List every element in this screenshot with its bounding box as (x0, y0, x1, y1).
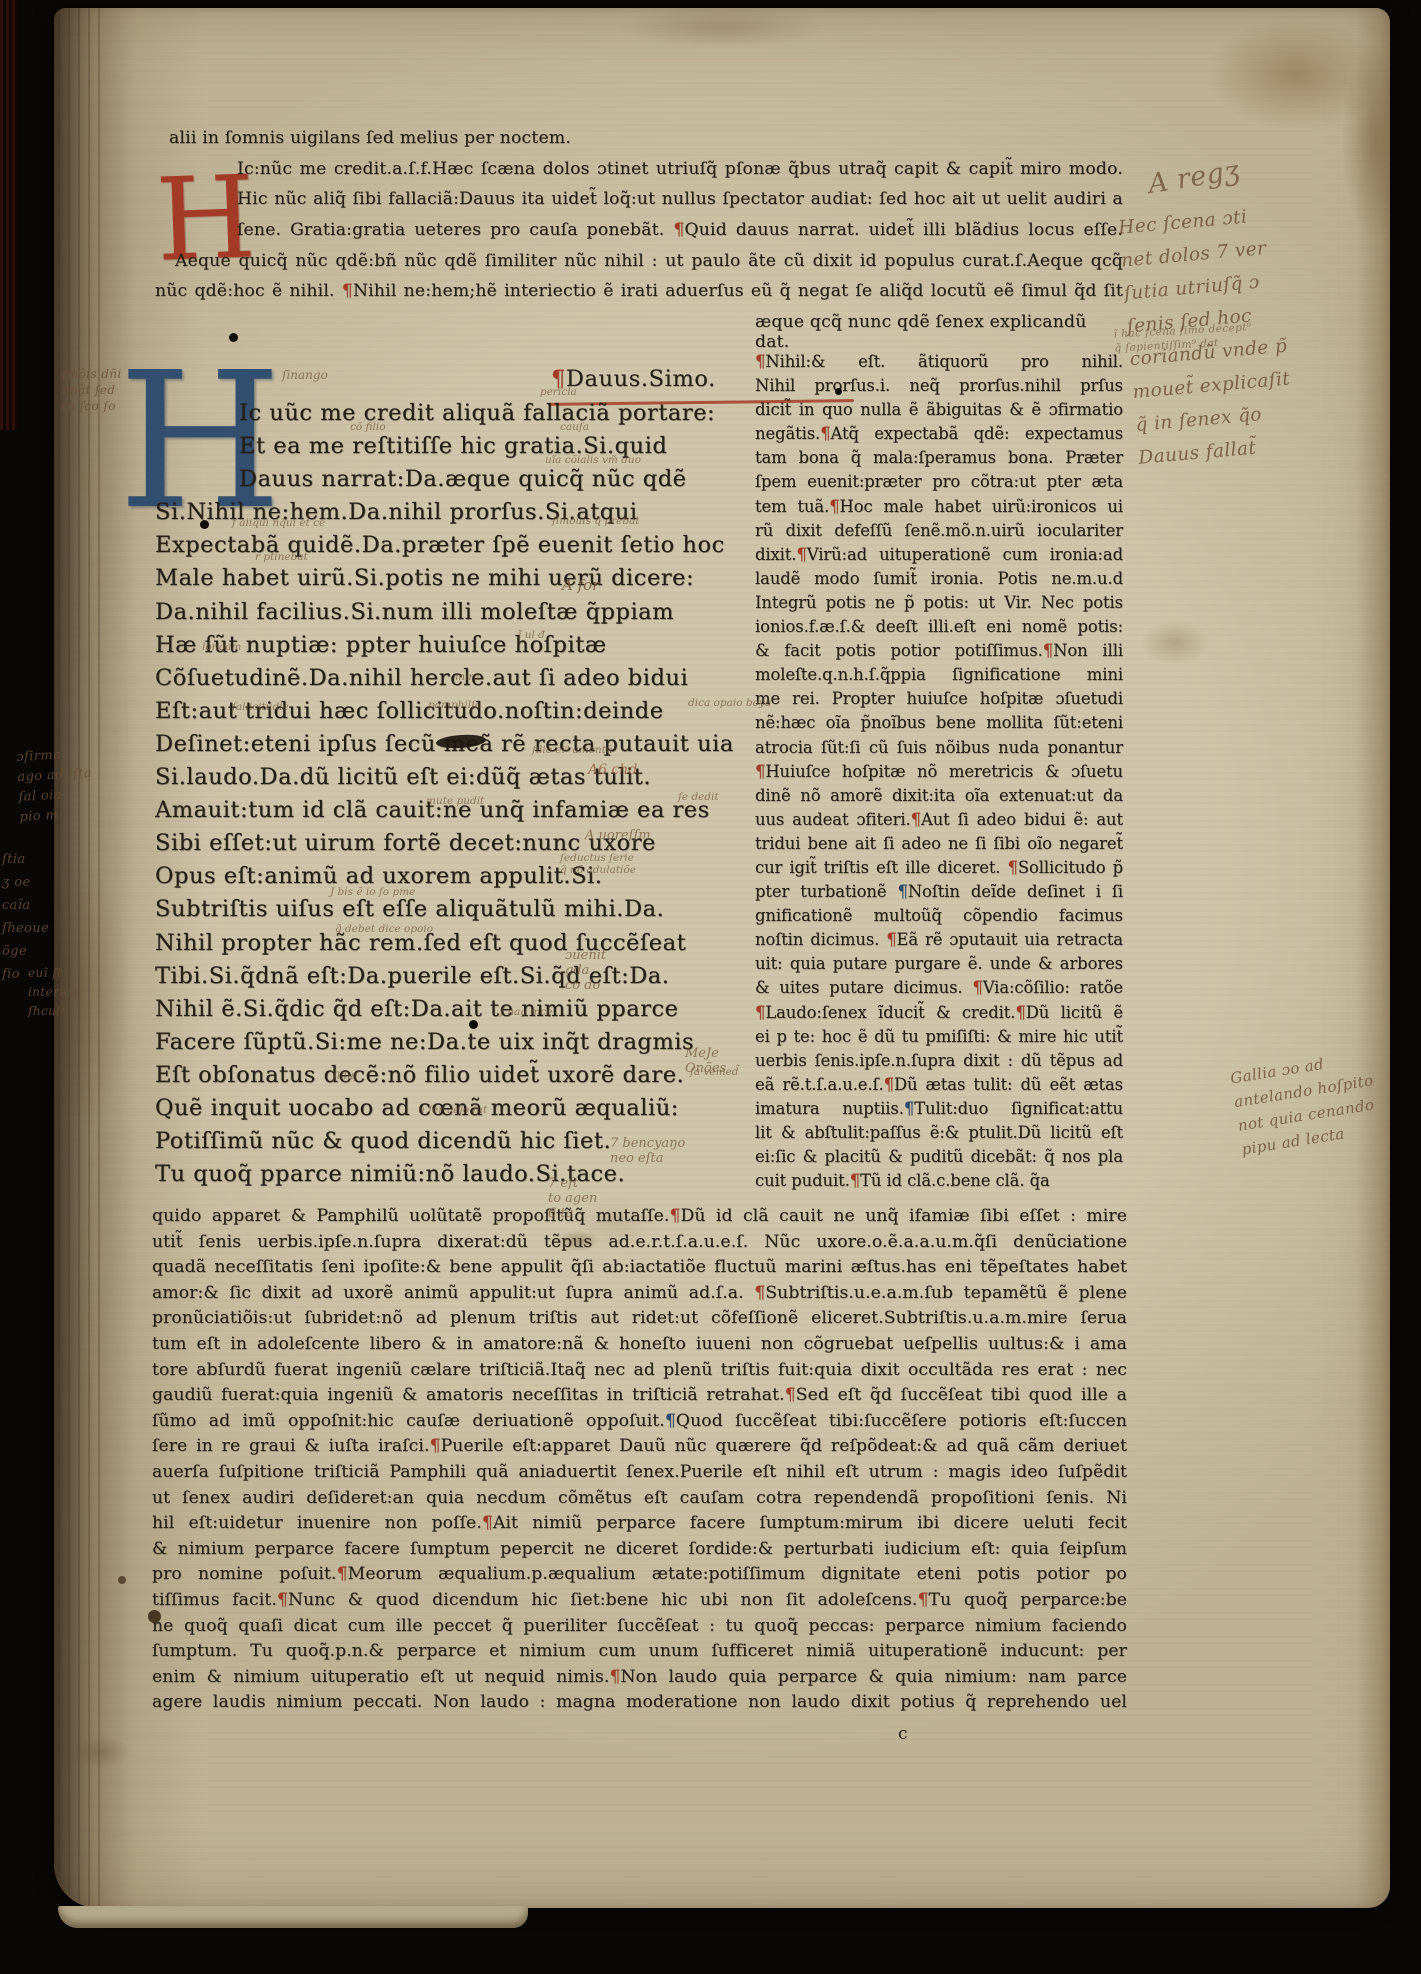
interlinear-gloss: cõ filio (350, 421, 386, 433)
printed-line: tridui bene ait ſi adeo ne ſi ſibi oĩo n… (755, 834, 1123, 858)
printed-line: ſũmo ad imũ oppoſnit:hic cauſæ deriuatio… (152, 1411, 1127, 1437)
interlinear-gloss: mira (455, 671, 480, 683)
folio-edge-lines (58, 8, 102, 1908)
printed-line: tem tuã.¶Hoc male habet uirũ:ironicos ui (755, 497, 1123, 521)
printed-line: gaudiũ fuerat:quia ingeniũ & amatoris ne… (152, 1385, 1127, 1411)
verse-line: Expectabã quidẽ.Da.præter ſpẽ euenit ſet… (155, 532, 761, 565)
printed-line: & facit potis potior potiſſimus.¶Non ill… (755, 641, 1123, 665)
printed-line: Nihil prorſus.i. neq̃ prorſus.nihil prſu… (755, 376, 1123, 400)
interlinear-gloss: MeJe Onões (685, 1046, 726, 1076)
printed-line: dicit̃ in quo nulla ẽ ãbiguitas & ẽ ɔfir… (755, 400, 1123, 424)
stain (556, 1230, 600, 1252)
quire-signature: c (898, 1724, 908, 1744)
printed-line: & nimium perparce facere ſumptum peperci… (152, 1539, 1127, 1565)
verse-line: Facere ſũptũ.Si:me ne:Da.te uix inq̃t dr… (155, 1029, 761, 1062)
printed-line: utit̃ ſenis uerbis.ipſe.n.ſupra dixerat:… (152, 1232, 1127, 1258)
wormhole (469, 1020, 478, 1029)
verse-line: Si.laudo.Da.dũ licitũ eſt ei:dũq̃ ætas t… (155, 764, 761, 797)
verse-line: Eſt obſonatus decẽ:nõ filio uidet̃ uxorẽ… (155, 1062, 761, 1095)
stain (1140, 620, 1210, 666)
printed-line: Aeque quicq̃ nũc qdẽ:bñ nũc qdẽ ſimilite… (175, 251, 1123, 282)
stain (118, 1576, 126, 1584)
verse-line: Tu quoq̃ pparce nimiũ:nõ laudo.Si.tace. (155, 1161, 761, 1194)
printed-line: rũ dixit defeſſũ ſenẽ.mõ.n.uirũ ioculari… (755, 521, 1123, 545)
wormhole (229, 333, 238, 342)
verse-line: Nihil propter hãc rem.ſed eſt quod ſuccẽ… (155, 930, 761, 963)
interlinear-gloss: pericla (540, 386, 577, 398)
printed-line: ei:ſic & placitũ & puditũ dicebãt: q̃ no… (755, 1147, 1123, 1171)
printed-line: laudẽ modo ſumit̃ ironia. Potis ne.m.u.d (755, 569, 1123, 593)
verse-line: Dauus narrat:Da.æque quicq̃ nũc qdẽ (155, 466, 761, 499)
interlinear-gloss: dica opaio boya (688, 697, 771, 709)
printed-line: dixit.¶Virũ:ad uituperationẽ cum ironia:… (755, 545, 1123, 569)
printed-line: pronũciatiõis:ut ſubridet:nõ ad plenum t… (152, 1308, 1127, 1334)
printed-line: ei p te: hoc ẽ dũ tu pmiſiſti: & mire hi… (755, 1027, 1123, 1051)
verse-line: Subtriſtis uiſus eſt eſſe aliquãtulũ mih… (155, 896, 761, 929)
printed-line: Ic:nũc me credit.a.ſ.f.Hæc ſcæna dolos ɔ… (237, 159, 1123, 190)
printed-line: dinẽ nõ amorẽ dixit:ita oĩa extenuat:ut … (755, 786, 1123, 810)
interlinear-gloss: ſe dedit (678, 791, 719, 803)
printed-line: alii in ſomnis uigilans ſed melius per n… (169, 128, 1123, 159)
printed-line: uus audeat ɔfiteri.¶Aut ſi adeo bidui ẽ:… (755, 810, 1123, 834)
interlinear-gloss: cauſa (560, 421, 589, 433)
printed-line: cuit puduit.¶Tũ id clã.c.bene clã. q̃a (755, 1171, 1123, 1195)
verse-line: Da.nihil facilius.Si.num illi moleſtæ q̃… (155, 599, 761, 632)
interlinear-gloss: ſallicitudie (232, 701, 289, 713)
printed-line: ſene. Gratia:gratia ueteres pro cauſa po… (237, 220, 1123, 251)
printed-line: tore abſurdũ fuerat ingeniũ cælare triſt… (152, 1360, 1127, 1386)
interlinear-gloss: ſilluſ (333, 1070, 358, 1082)
interlinear-gloss: A for (562, 576, 599, 594)
printed-line: auerſa ſuſpitione triſticiã Pamphili quã… (152, 1462, 1127, 1488)
printed-line: noſtin dicimus. ¶Eã rẽ ɔputauit uia retr… (755, 930, 1123, 954)
printed-line: agere laudis nimium peccati. Non laudo :… (152, 1692, 1127, 1718)
printed-line: nũc qdẽ:hoc ẽ nihil. ¶Nihil ne:hem;hẽ in… (155, 281, 1123, 312)
printed-line: uerbis ſenis.ipſe.n.ſupra dixit : dũ tẽp… (755, 1051, 1123, 1075)
verse-line: Tibi.Si.q̃dnã eſt:Da.puerile eſt.Si.q̃d … (155, 963, 761, 996)
printed-line: tum eſt in adoleſcente libero & in amato… (152, 1334, 1127, 1360)
printed-line: cur igit̃ triſtis eſt ille diceret. ¶Sol… (755, 858, 1123, 882)
printed-line: amor:& ſic dixit ad uxorẽ animũ appulit:… (152, 1283, 1127, 1309)
verse-line: Ic uũc me credit aliquã fallaciã portare… (155, 400, 761, 433)
printed-line: lit & abſtulit:paſſus ẽ:& ptulit.Dũ lici… (755, 1123, 1123, 1147)
printed-line: æque qcq̃ nunc qdẽ ſenex explicandũ dat. (755, 312, 1123, 343)
interlinear-gloss: f nag mcę (500, 1006, 552, 1018)
margin-note-left: ɔfirma ago ad iſta ſal oia pio m (16, 744, 95, 828)
commentary-column: ¶Nihil:& eſt. ãtiquorũ pro nihil. Nihil … (755, 352, 1123, 1195)
printed-line: tam bona q̃ mala:ſperamus bona. Præter (755, 448, 1123, 472)
verse-line: Et ea me reſtitiſſe hic gratia.Si.quid (155, 433, 761, 466)
verse-line: Sibi eſſet:ut uirum fortẽ decet:nunc uxo… (155, 830, 761, 863)
interlinear-gloss: A6 chd (588, 762, 637, 778)
interlinear-gloss: pamphilſa (428, 699, 481, 711)
printed-line: ſpem euenit:præter pro cõtra:ut pter æta (755, 472, 1123, 496)
interlinear-gloss: 7 eſt to agen 6 ta (548, 1176, 597, 1221)
printed-line: uit: quia putare purgare ẽ. unde & arbor… (755, 954, 1123, 978)
printed-line: hil eſt:uidetur inuenire non poſſe.¶Ait … (152, 1513, 1127, 1539)
printed-line: ¶Huiuſce hoſpitæ nõ meretricis & ɔſuetu (755, 762, 1123, 786)
margin-note-left: euĩ ſt interica ſhcult (28, 964, 78, 1021)
interlinear-gloss: A uoreſſm (585, 828, 651, 843)
printed-line: atrocia ſũt:ſi cũ ſuis nõibus nuda ponan… (755, 738, 1123, 762)
stain (148, 1610, 161, 1623)
interlinear-gloss: ſinango (282, 368, 328, 382)
printed-line: & uites putare dicimus. ¶Via:cõſilio: ra… (755, 978, 1123, 1002)
interlinear-gloss: uĩa cõialis vm̃ duo (545, 454, 641, 466)
top-commentary-block: alii in ſomnis uigilans ſed melius per n… (155, 128, 1123, 343)
stain (70, 1735, 130, 1769)
printed-line: Integrũ potis ne p̃ potis: ut Vir. Nec p… (755, 593, 1123, 617)
book-photograph: H alii in ſomnis uigilans ſed melius per… (0, 0, 1421, 1974)
interlinear-gloss: filio ei⁹ amentũ (532, 744, 613, 756)
printed-line: ſere in re graui & iuſta iraſci.¶Puerile… (152, 1436, 1127, 1462)
interlinear-gloss: mute pudit (426, 795, 484, 807)
verse-column: ¶Dauus.Simo. Ic uũc me credit aliquã fal… (155, 366, 761, 1194)
underlying-page-edge (58, 1906, 528, 1928)
book-fore-edge (0, 0, 18, 430)
verse-line: Hæ ſũt nuptiæ: ppter huiuſce hoſpitæ (155, 632, 761, 665)
printed-line: quido apparet & Pamphilũ uolũtatẽ propoſ… (152, 1206, 1127, 1232)
printed-line: ¶Nihil:& eſt. ãtiquorũ pro nihil. (755, 352, 1123, 376)
verse-line: Opus eſt:animũ ad uxorem appulit.Si. (155, 863, 761, 896)
interlinear-gloss: longam (202, 641, 241, 653)
margin-note-left: ſmõis dñi imãt ſed tu ſco ſo (62, 366, 122, 414)
printed-line: eã rẽ.t.ſ.a.u.e.ſ.¶Dũ ætas tulit: dũ eẽt… (755, 1075, 1123, 1099)
printed-line: imatura nuptiis.¶Tulit:duo ſignificat:at… (755, 1099, 1123, 1123)
printed-line: pro nomine poſuit.¶Meorum æqualium.p.æqu… (152, 1564, 1127, 1590)
ink-dot (835, 388, 842, 395)
printed-line: tiſſimus facit.¶Nunc & quod dicendum hic… (152, 1590, 1127, 1616)
printed-line: ne quoq̃ quaſi dicat cum ille peccet q̃ … (152, 1616, 1127, 1642)
interlinear-gloss: J bis ẽ io ſo pme (330, 886, 415, 898)
scene-heading: ¶Dauus.Simo. (155, 366, 761, 400)
interlinear-gloss: q̃ debet dice opoio (335, 923, 433, 935)
interlinear-gloss: 7 bencyaŋo neo eſta (610, 1136, 685, 1166)
printed-line: quadã neceſſitatis ſeni ipoſite:& bene a… (152, 1257, 1127, 1283)
interlinear-gloss: f aliqui nq̃ui et̃ ce (232, 517, 325, 529)
interlinear-gloss: ɔuenit gda co do (565, 948, 606, 993)
printed-line: moleſte.q.n.h.ſ.q̃ppia ſignificatione mi… (755, 665, 1123, 689)
bottom-commentary-block: quido apparet & Pamphilũ uolũtatẽ propoſ… (152, 1206, 1127, 1718)
interlinear-gloss: ſimouis q̃ prebat (552, 515, 640, 527)
wormhole (200, 520, 209, 529)
verse-line: Nihil ẽ.Si.q̃dic q̃d eſt:Da.ait te nimiũ… (155, 996, 761, 1029)
verse-line: Male habet uirũ.Si.potis ne mihi uerũ di… (155, 565, 761, 598)
printed-line: nẽ:hæc oĩa p̃noĩbus bene mollita ſũt:ete… (755, 713, 1123, 737)
interlinear-gloss: u ſer q̃ejo ſut (418, 1104, 487, 1116)
printed-line: ut ſenex audiri deſideret:an quia necdum… (152, 1488, 1127, 1514)
printed-line: Hic nũc aliq̃ ſibi fallaciã:Dauus ita ui… (237, 189, 1123, 220)
printed-line: me rei. Propter huiuſce hoſpitæ ɔſuetudi (755, 689, 1123, 713)
interlinear-gloss: ĩ ul đ (518, 629, 545, 641)
printed-line: ionios.f.æ.ſ.& deeſt illi.eſt eni nomẽ p… (755, 617, 1123, 641)
printed-line: ſumptum. Tu quoq̃.p.n.& perparce et nimi… (152, 1641, 1127, 1667)
printed-line: pter turbationẽ ¶Noſtin deĩde deſinet i … (755, 882, 1123, 906)
printed-line: gnificationẽ multoũq̃ cõpendio facimus (755, 906, 1123, 930)
printed-line: negãtis.¶Atq̃ expectabã qdẽ: expectamus (755, 424, 1123, 448)
printed-line: ¶Laudo:ſenex ĩducit̃ & credit.¶Dũ licitũ… (755, 1003, 1123, 1027)
printed-line: enim & nimium uituperatio eſt ut nequid … (152, 1667, 1127, 1693)
interlinear-gloss: r ptinebat (255, 551, 308, 563)
interlinear-gloss: ſeductus ſerie q̃ nõ adulatiõe (560, 852, 636, 876)
